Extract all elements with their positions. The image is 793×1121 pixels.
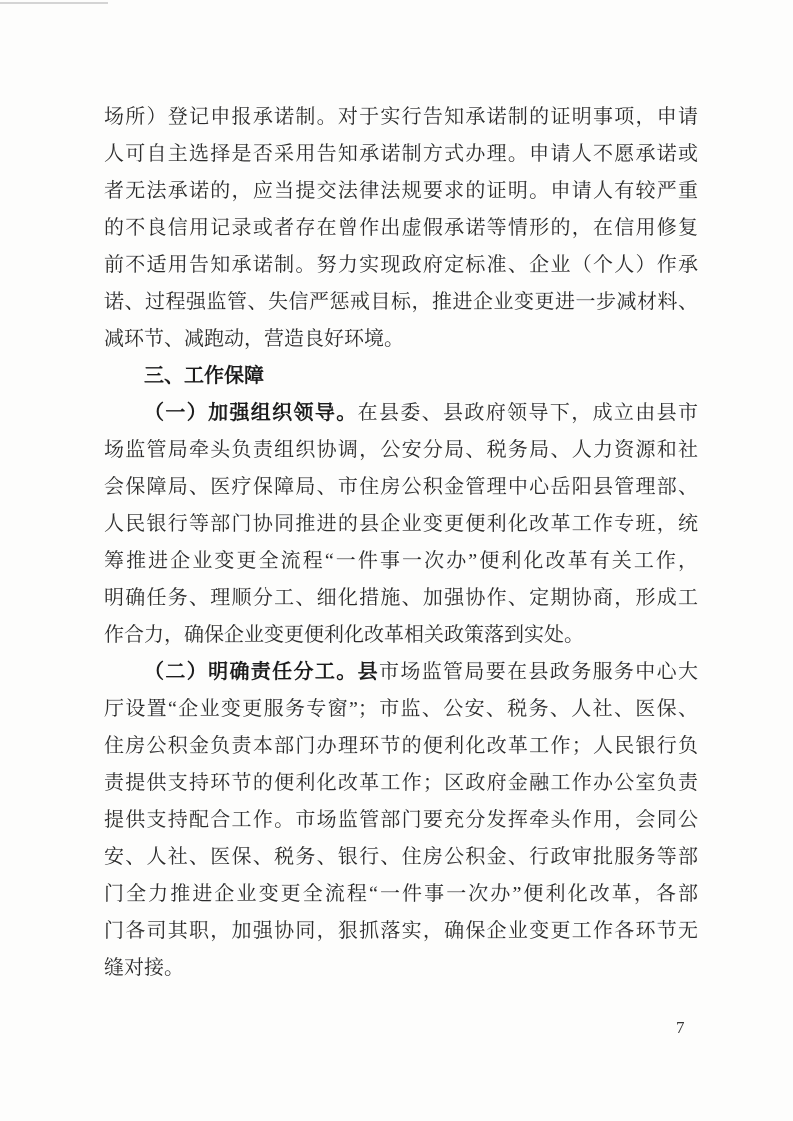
body-text: 门全力推进企业变更全流程“一件事一次办”便利化改革，各部	[104, 883, 698, 905]
body-text: 人民银行等部门协同推进的县企业变更便利化改革工作专班，统	[104, 513, 698, 535]
document-page: 场所）登记申报承诺制。对于实行告知承诺制的证明事项，申请人可自主选择是否采用告知…	[0, 0, 793, 1121]
body-text: 市场监管局要在县政务服务中心大	[379, 661, 698, 683]
body-text: 会保障局、医疗保障局、市住房公积金管理中心岳阳县管理部、	[104, 476, 698, 498]
paragraph-clarify-responsibilities: （二）明确责任分工。县市场监管局要在县政务服务中心大厅设置“企业变更服务专窗”；…	[104, 654, 698, 987]
document-body: 场所）登记申报承诺制。对于实行告知承诺制的证明事项，申请人可自主选择是否采用告知…	[104, 99, 698, 987]
text-line: 人可自主选择是否采用告知承诺制方式办理。申请人不愿承诺或	[104, 136, 698, 173]
body-text: 安、人社、医保、税务、银行、住房公积金、行政审批服务等部	[104, 846, 698, 868]
page-number: 7	[676, 1016, 685, 1040]
text-line: 会保障局、医疗保障局、市住房公积金管理中心岳阳县管理部、	[104, 469, 698, 506]
text-line: 提供支持配合工作。市场监管部门要充分发挥牵头作用，会同公	[104, 802, 698, 839]
text-line: 者无法承诺的，应当提交法律法规要求的证明。申请人有较严重	[104, 173, 698, 210]
text-line: 安、人社、医保、税务、银行、住房公积金、行政审批服务等部	[104, 839, 698, 876]
text-line: 门全力推进企业变更全流程“一件事一次办”便利化改革，各部	[104, 876, 698, 913]
body-text: 场所）登记申报承诺制。对于实行告知承诺制的证明事项，申请	[104, 106, 698, 128]
body-text: 诺、过程强监管、失信严惩戒目标，推进企业变更进一步减材料、	[104, 291, 698, 313]
text-line: （一）加强组织领导。在县委、县政府领导下，成立由县市	[104, 395, 698, 432]
text-line: （二）明确责任分工。县市场监管局要在县政务服务中心大	[104, 654, 698, 691]
body-text: 提供支持配合工作。市场监管部门要充分发挥牵头作用，会同公	[104, 809, 698, 831]
bold-text: （一）加强组织领导。	[144, 402, 358, 424]
body-text: 责提供支持环节的便利化改革工作；区政府金融工作办公室负责	[104, 772, 698, 794]
text-line: 作合力，确保企业变更便利化改革相关政策落到实处。	[104, 617, 698, 654]
body-text: 者无法承诺的，应当提交法律法规要求的证明。申请人有较严重	[104, 180, 698, 202]
body-text: 减环节、减跑动，营造良好环境。	[104, 328, 404, 350]
text-line: 人民银行等部门协同推进的县企业变更便利化改革工作专班，统	[104, 506, 698, 543]
body-text: 门各司其职，加强协同，狠抓落实，确保企业变更工作各环节无	[104, 920, 698, 942]
paragraph-continuation: 场所）登记申报承诺制。对于实行告知承诺制的证明事项，申请人可自主选择是否采用告知…	[104, 99, 698, 358]
body-text: 明确任务、理顺分工、细化措施、加强协作、定期协商，形成工	[104, 587, 698, 609]
text-line: 厅设置“企业变更服务专窗”；市监、公安、税务、人社、医保、	[104, 691, 698, 728]
text-line: 责提供支持环节的便利化改革工作；区政府金融工作办公室负责	[104, 765, 698, 802]
text-line: 减环节、减跑动，营造良好环境。	[104, 321, 698, 358]
text-line: 的不良信用记录或者存在曾作出虚假承诺等情形的，在信用修复	[104, 210, 698, 247]
text-line: 门各司其职，加强协同，狠抓落实，确保企业变更工作各环节无	[104, 913, 698, 950]
body-text: 作合力，确保企业变更便利化改革相关政策落到实处。	[104, 624, 584, 646]
body-text: 筹推进企业变更全流程“一件事一次办”便利化改革有关工作，	[104, 550, 698, 572]
body-text: 人可自主选择是否采用告知承诺制方式办理。申请人不愿承诺或	[104, 143, 698, 165]
text-line: 诺、过程强监管、失信严惩戒目标，推进企业变更进一步减材料、	[104, 284, 698, 321]
body-text: 住房公积金负责本部门办理环节的便利化改革工作；人民银行负	[104, 735, 698, 757]
text-line: 筹推进企业变更全流程“一件事一次办”便利化改革有关工作，	[104, 543, 698, 580]
text-line: 场所）登记申报承诺制。对于实行告知承诺制的证明事项，申请	[104, 99, 698, 136]
paragraph-strengthen-leadership: （一）加强组织领导。在县委、县政府领导下，成立由县市场监管局牵头负责组织协调，公…	[104, 395, 698, 654]
body-text: 的不良信用记录或者存在曾作出虚假承诺等情形的，在信用修复	[104, 217, 698, 239]
body-text: 在县委、县政府领导下，成立由县市	[358, 402, 698, 424]
bold-text: （二）明确责任分工。县	[144, 661, 379, 683]
scan-artifact-line	[0, 2, 108, 4]
text-line: 场监管局牵头负责组织协调，公安分局、税务局、人力资源和社	[104, 432, 698, 469]
text-line: 明确任务、理顺分工、细化措施、加强协作、定期协商，形成工	[104, 580, 698, 617]
text-line: 缝对接。	[104, 950, 698, 987]
text-line: 住房公积金负责本部门办理环节的便利化改革工作；人民银行负	[104, 728, 698, 765]
text-line: 三、工作保障	[104, 358, 698, 395]
bold-text: 三、工作保障	[144, 365, 264, 387]
text-line: 前不适用告知承诺制。努力实现政府定标准、企业（个人）作承	[104, 247, 698, 284]
section-heading: 三、工作保障	[104, 358, 698, 395]
body-text: 缝对接。	[104, 957, 184, 979]
body-text: 场监管局牵头负责组织协调，公安分局、税务局、人力资源和社	[104, 439, 698, 461]
body-text: 厅设置“企业变更服务专窗”；市监、公安、税务、人社、医保、	[104, 698, 698, 720]
body-text: 前不适用告知承诺制。努力实现政府定标准、企业（个人）作承	[104, 254, 698, 276]
